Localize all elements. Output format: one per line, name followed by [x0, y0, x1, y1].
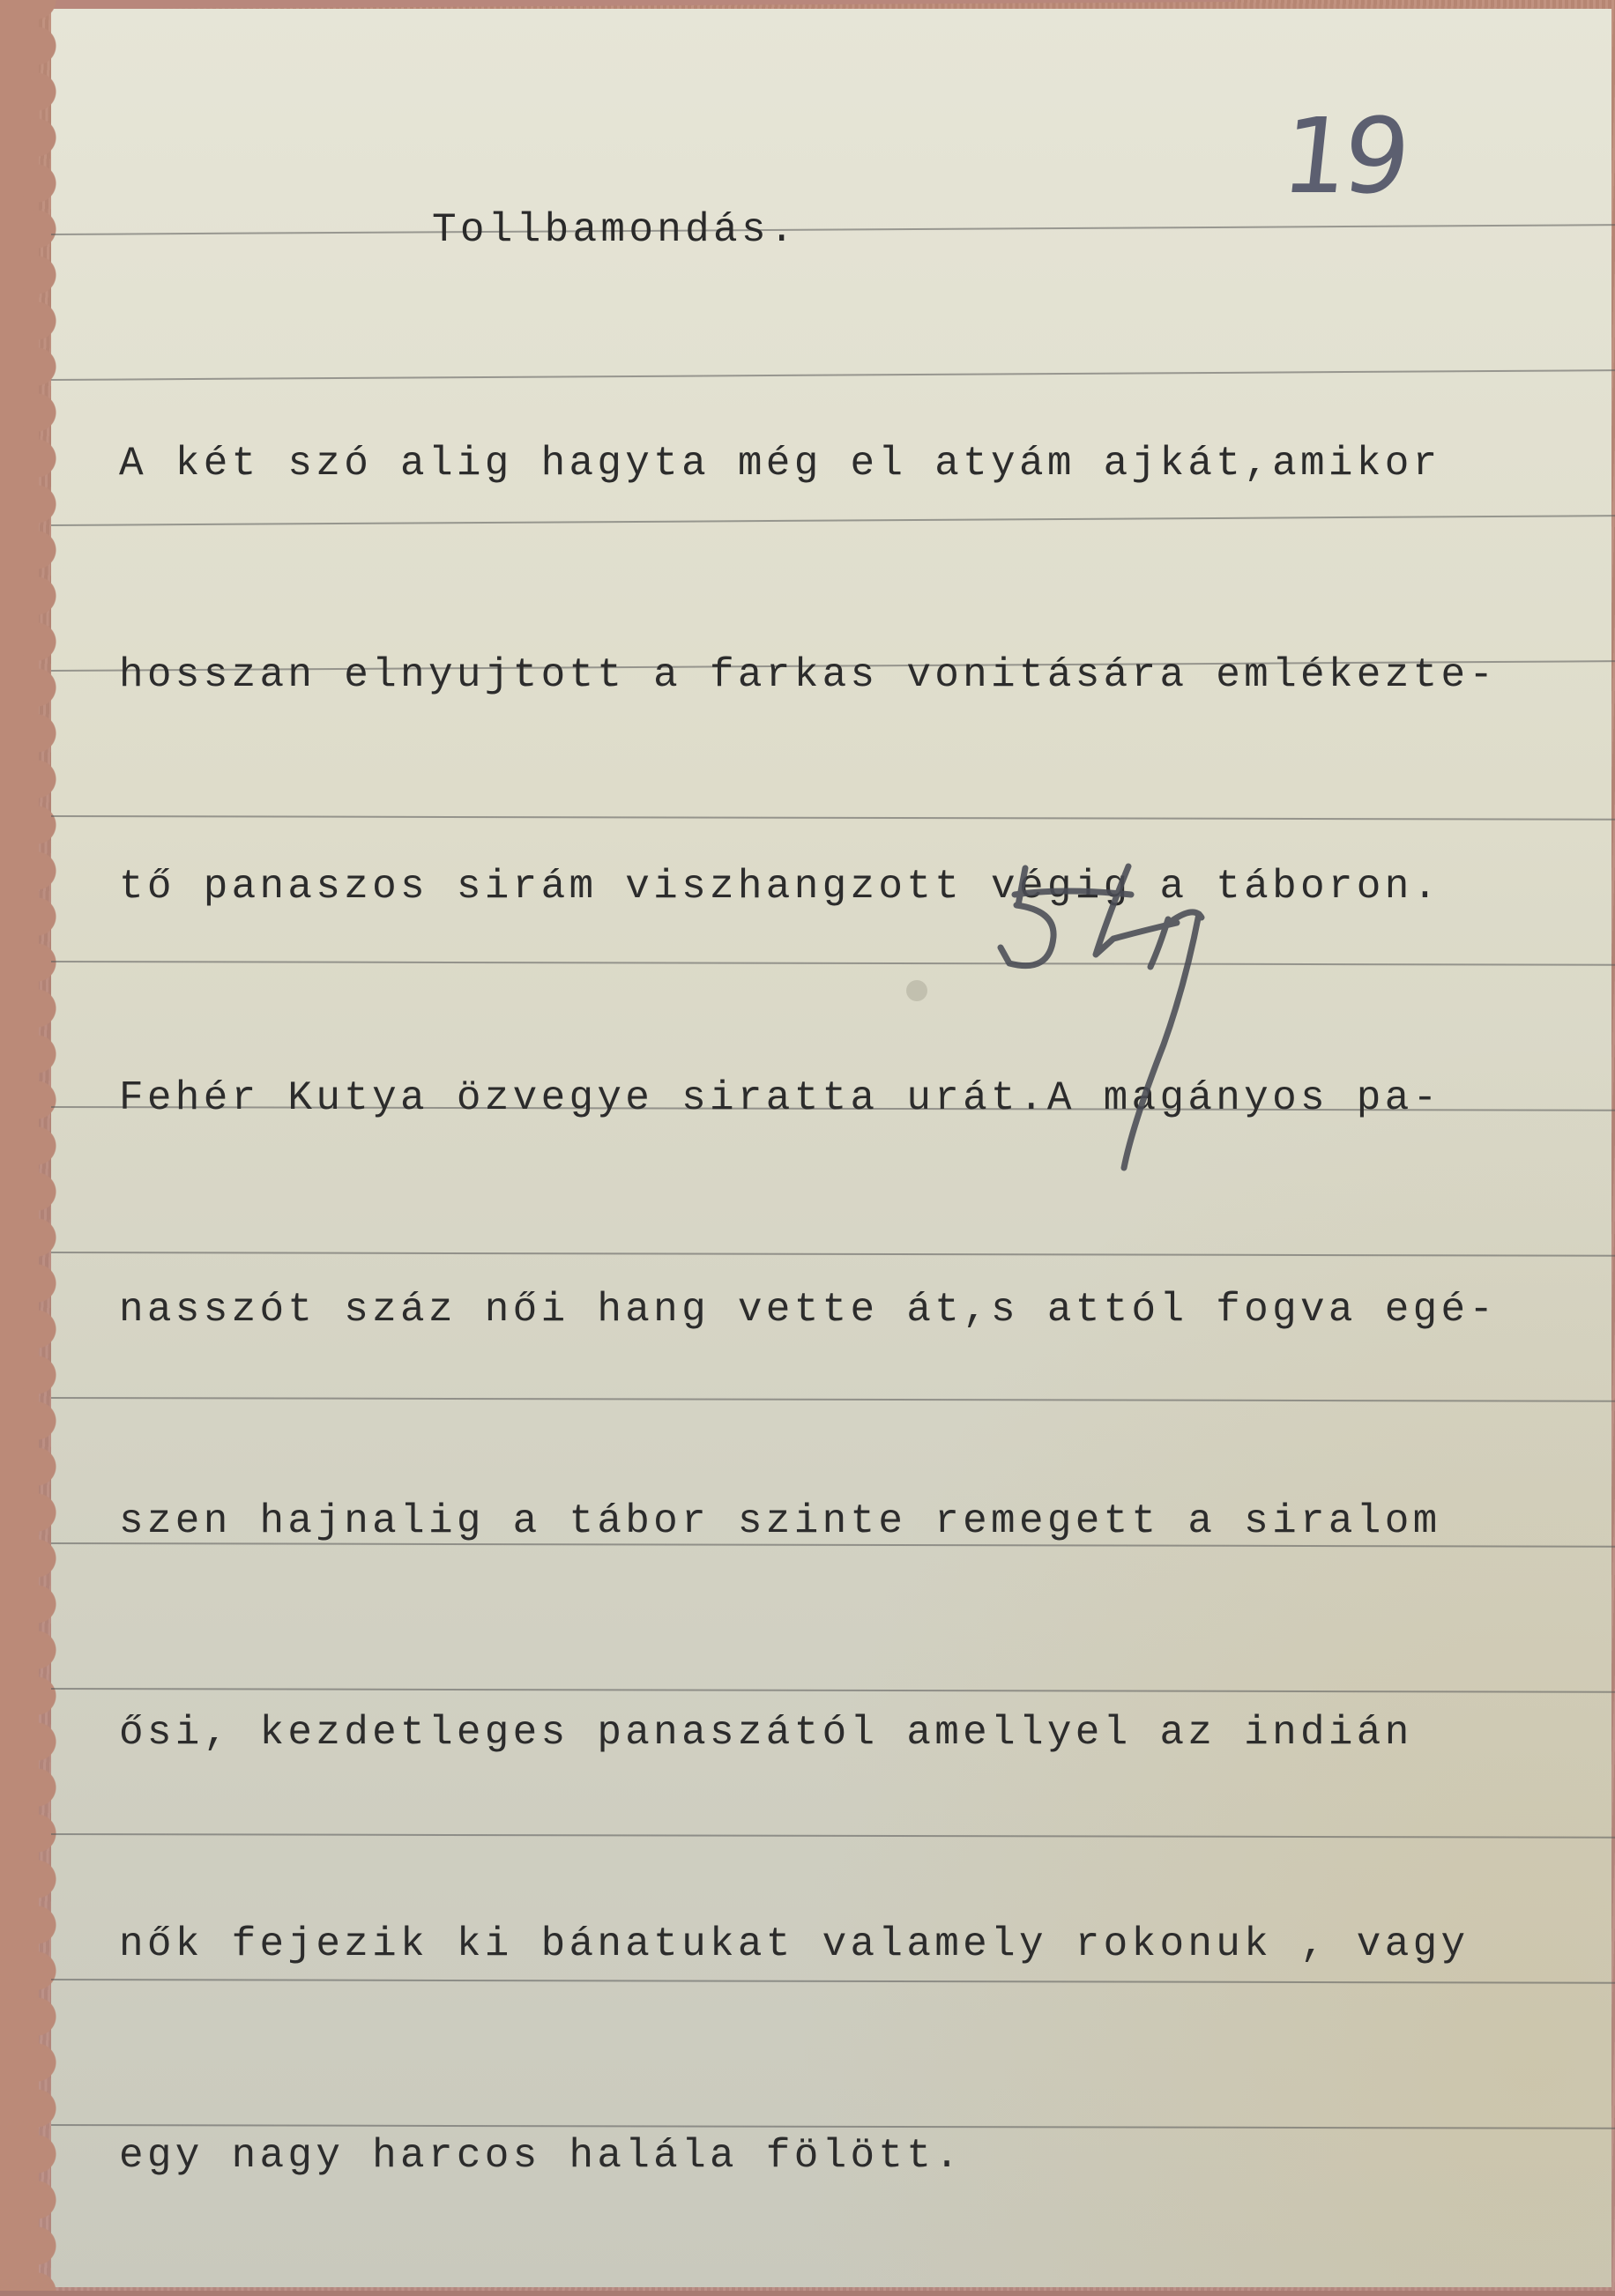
perforated-edge: [0, 0, 79, 2296]
text-line: nők fejezik ki bánatukat valamely rokonu…: [119, 1909, 1497, 1980]
text-line: Fehér Kutya özvegye siratta urát.A magán…: [119, 1063, 1497, 1133]
ink-smudge: [906, 980, 927, 1001]
text-line: szen hajnalig a tábor szinte remegett a …: [119, 1486, 1497, 1557]
text-line: ősi, kezdetleges panaszától amellyel az …: [119, 1698, 1497, 1768]
text-line: A két szó alig hagyta még el atyám ajkát…: [119, 428, 1497, 499]
text-line: tő panaszos sirám viszhangzott végig a t…: [119, 851, 1497, 922]
text-line: hosszan elnyujtott a farkas vonitására e…: [119, 640, 1497, 710]
handwritten-grade-signature: [983, 859, 1247, 1185]
desk-bottom-strip: [0, 2291, 1615, 2296]
text-line: nasszót száz női hang vette át,s attól f…: [119, 1274, 1497, 1345]
page-number: 19: [1277, 104, 1410, 208]
text-line: egy nagy harcos halála fölött.: [119, 2121, 1497, 2191]
dictation-text: A két szó alig hagyta még el atyám ajkát…: [119, 287, 1497, 2262]
document-title: Tollbamondás.: [432, 210, 798, 250]
